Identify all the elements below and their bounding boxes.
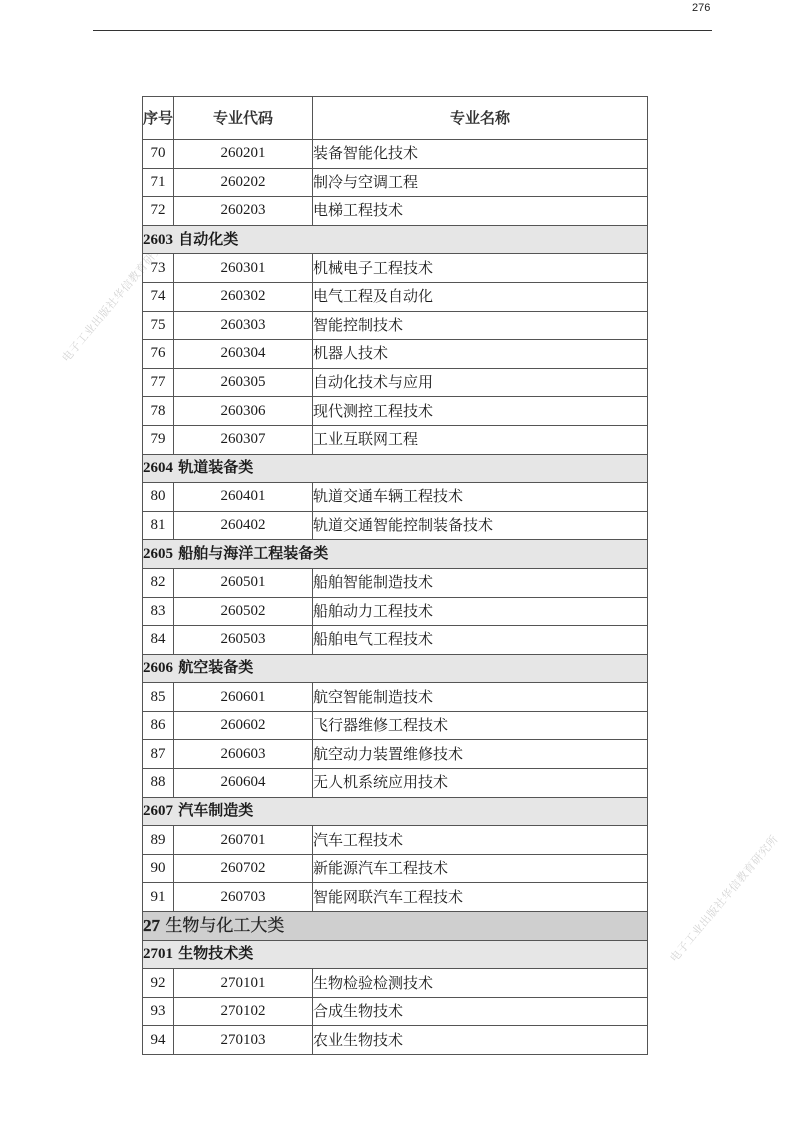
row-code: 270101 <box>174 969 313 998</box>
row-code: 270103 <box>174 1026 313 1055</box>
row-name: 轨道交通车辆工程技术 <box>313 483 648 512</box>
row-index: 73 <box>143 254 174 283</box>
row-code: 260604 <box>174 769 313 798</box>
row-name: 自动化技术与应用 <box>313 368 648 397</box>
row-index: 93 <box>143 997 174 1026</box>
row-name: 航空动力装置维修技术 <box>313 740 648 769</box>
row-code: 260603 <box>174 740 313 769</box>
category-row: 2606 航空装备类 <box>143 654 648 683</box>
table-row: 84260503船舶电气工程技术 <box>143 626 648 655</box>
table-row: 92270101生物检验检测技术 <box>143 969 648 998</box>
table-row: 73260301机械电子工程技术 <box>143 254 648 283</box>
category-code: 27 <box>143 916 160 935</box>
row-name: 电气工程及自动化 <box>313 282 648 311</box>
row-code: 260503 <box>174 626 313 655</box>
category-title: 航空装备类 <box>178 658 253 676</box>
row-name: 装备智能化技术 <box>313 140 648 169</box>
table-row: 82260501船舶智能制造技术 <box>143 568 648 597</box>
table-row: 71260202制冷与空调工程 <box>143 168 648 197</box>
row-index: 74 <box>143 282 174 311</box>
table-row: 90260702新能源汽车工程技术 <box>143 854 648 883</box>
category-cell: 2604 轨道装备类 <box>143 454 648 483</box>
row-name: 机械电子工程技术 <box>313 254 648 283</box>
table-row: 94270103农业生物技术 <box>143 1026 648 1055</box>
row-name: 生物检验检测技术 <box>313 969 648 998</box>
category-code: 2606 <box>143 660 173 676</box>
row-name: 汽车工程技术 <box>313 826 648 855</box>
row-code: 260602 <box>174 711 313 740</box>
row-name: 船舶智能制造技术 <box>313 568 648 597</box>
row-index: 82 <box>143 568 174 597</box>
row-name: 轨道交通智能控制装备技术 <box>313 511 648 540</box>
table-row: 80260401轨道交通车辆工程技术 <box>143 483 648 512</box>
category-row: 2605 船舶与海洋工程装备类 <box>143 540 648 569</box>
category-row: 2603 自动化类 <box>143 225 648 254</box>
row-index: 78 <box>143 397 174 426</box>
row-index: 87 <box>143 740 174 769</box>
category-row: 2607 汽车制造类 <box>143 797 648 826</box>
category-title: 船舶与海洋工程装备类 <box>178 544 328 562</box>
row-name: 船舶电气工程技术 <box>313 626 648 655</box>
header-index: 序号 <box>143 97 174 140</box>
category-code: 2607 <box>143 803 173 819</box>
row-index: 81 <box>143 511 174 540</box>
table-row: 76260304机器人技术 <box>143 340 648 369</box>
category-code: 2701 <box>143 946 173 962</box>
row-name: 船舶动力工程技术 <box>313 597 648 626</box>
row-index: 90 <box>143 854 174 883</box>
row-code: 260303 <box>174 311 313 340</box>
table-row: 86260602飞行器维修工程技术 <box>143 711 648 740</box>
row-code: 260306 <box>174 397 313 426</box>
row-name: 无人机系统应用技术 <box>313 769 648 798</box>
row-name: 智能控制技术 <box>313 311 648 340</box>
table-row: 87260603航空动力装置维修技术 <box>143 740 648 769</box>
row-index: 80 <box>143 483 174 512</box>
header-rule <box>93 30 712 31</box>
category-code: 2605 <box>143 546 173 562</box>
category-title: 汽车制造类 <box>178 801 253 819</box>
category-cell: 2606 航空装备类 <box>143 654 648 683</box>
table-row: 81260402轨道交通智能控制装备技术 <box>143 511 648 540</box>
category-cell: 2701 生物技术类 <box>143 940 648 969</box>
row-code: 270102 <box>174 997 313 1026</box>
table-row: 77260305自动化技术与应用 <box>143 368 648 397</box>
row-code: 260304 <box>174 340 313 369</box>
row-index: 71 <box>143 168 174 197</box>
table-row: 91260703智能网联汽车工程技术 <box>143 883 648 912</box>
category-code: 2603 <box>143 232 173 248</box>
header-code: 专业代码 <box>174 97 313 140</box>
row-code: 260401 <box>174 483 313 512</box>
row-name: 新能源汽车工程技术 <box>313 854 648 883</box>
table-row: 83260502船舶动力工程技术 <box>143 597 648 626</box>
row-code: 260305 <box>174 368 313 397</box>
row-name: 农业生物技术 <box>313 1026 648 1055</box>
row-name: 现代测控工程技术 <box>313 397 648 426</box>
row-index: 88 <box>143 769 174 798</box>
category-title: 生物技术类 <box>178 944 253 962</box>
table-row: 78260306现代测控工程技术 <box>143 397 648 426</box>
page-number: 276 <box>692 2 710 14</box>
table-header-row: 序号 专业代码 专业名称 <box>143 97 648 140</box>
row-name: 制冷与空调工程 <box>313 168 648 197</box>
row-index: 83 <box>143 597 174 626</box>
table-row: 85260601航空智能制造技术 <box>143 683 648 712</box>
category-cell: 27 生物与化工大类 <box>143 912 648 941</box>
row-name: 飞行器维修工程技术 <box>313 711 648 740</box>
row-name: 机器人技术 <box>313 340 648 369</box>
category-row: 2604 轨道装备类 <box>143 454 648 483</box>
table-row: 79260307工业互联网工程 <box>143 425 648 454</box>
row-index: 75 <box>143 311 174 340</box>
row-index: 85 <box>143 683 174 712</box>
row-name: 航空智能制造技术 <box>313 683 648 712</box>
table-row: 93270102合成生物技术 <box>143 997 648 1026</box>
header-name: 专业名称 <box>313 97 648 140</box>
table-row: 74260302电气工程及自动化 <box>143 282 648 311</box>
row-code: 260502 <box>174 597 313 626</box>
row-index: 76 <box>143 340 174 369</box>
major-category-row: 27 生物与化工大类 <box>143 912 648 941</box>
majors-table: 序号 专业代码 专业名称 70260201装备智能化技术71260202制冷与空… <box>142 96 648 1055</box>
row-code: 260402 <box>174 511 313 540</box>
row-code: 260601 <box>174 683 313 712</box>
row-index: 79 <box>143 425 174 454</box>
row-index: 86 <box>143 711 174 740</box>
row-name: 合成生物技术 <box>313 997 648 1026</box>
row-code: 260703 <box>174 883 313 912</box>
category-title: 轨道装备类 <box>178 458 253 476</box>
row-code: 260203 <box>174 197 313 226</box>
category-row: 2701 生物技术类 <box>143 940 648 969</box>
table-row: 72260203电梯工程技术 <box>143 197 648 226</box>
table-body: 70260201装备智能化技术71260202制冷与空调工程72260203电梯… <box>143 140 648 1055</box>
row-index: 72 <box>143 197 174 226</box>
row-code: 260701 <box>174 826 313 855</box>
row-code: 260301 <box>174 254 313 283</box>
table-row: 75260303智能控制技术 <box>143 311 648 340</box>
category-cell: 2607 汽车制造类 <box>143 797 648 826</box>
category-title: 生物与化工大类 <box>165 916 284 936</box>
watermark-right: 电子工业出版社华信教育研究所 <box>666 832 782 966</box>
category-title: 自动化类 <box>178 230 238 248</box>
row-code: 260501 <box>174 568 313 597</box>
row-index: 94 <box>143 1026 174 1055</box>
row-code: 260201 <box>174 140 313 169</box>
row-code: 260302 <box>174 282 313 311</box>
category-cell: 2605 船舶与海洋工程装备类 <box>143 540 648 569</box>
row-name: 电梯工程技术 <box>313 197 648 226</box>
table-row: 70260201装备智能化技术 <box>143 140 648 169</box>
row-code: 260307 <box>174 425 313 454</box>
category-code: 2604 <box>143 460 173 476</box>
row-name: 工业互联网工程 <box>313 425 648 454</box>
row-index: 89 <box>143 826 174 855</box>
row-code: 260202 <box>174 168 313 197</box>
category-cell: 2603 自动化类 <box>143 225 648 254</box>
row-index: 91 <box>143 883 174 912</box>
row-code: 260702 <box>174 854 313 883</box>
row-index: 77 <box>143 368 174 397</box>
table-row: 88260604无人机系统应用技术 <box>143 769 648 798</box>
table-row: 89260701汽车工程技术 <box>143 826 648 855</box>
row-name: 智能网联汽车工程技术 <box>313 883 648 912</box>
row-index: 92 <box>143 969 174 998</box>
row-index: 70 <box>143 140 174 169</box>
row-index: 84 <box>143 626 174 655</box>
